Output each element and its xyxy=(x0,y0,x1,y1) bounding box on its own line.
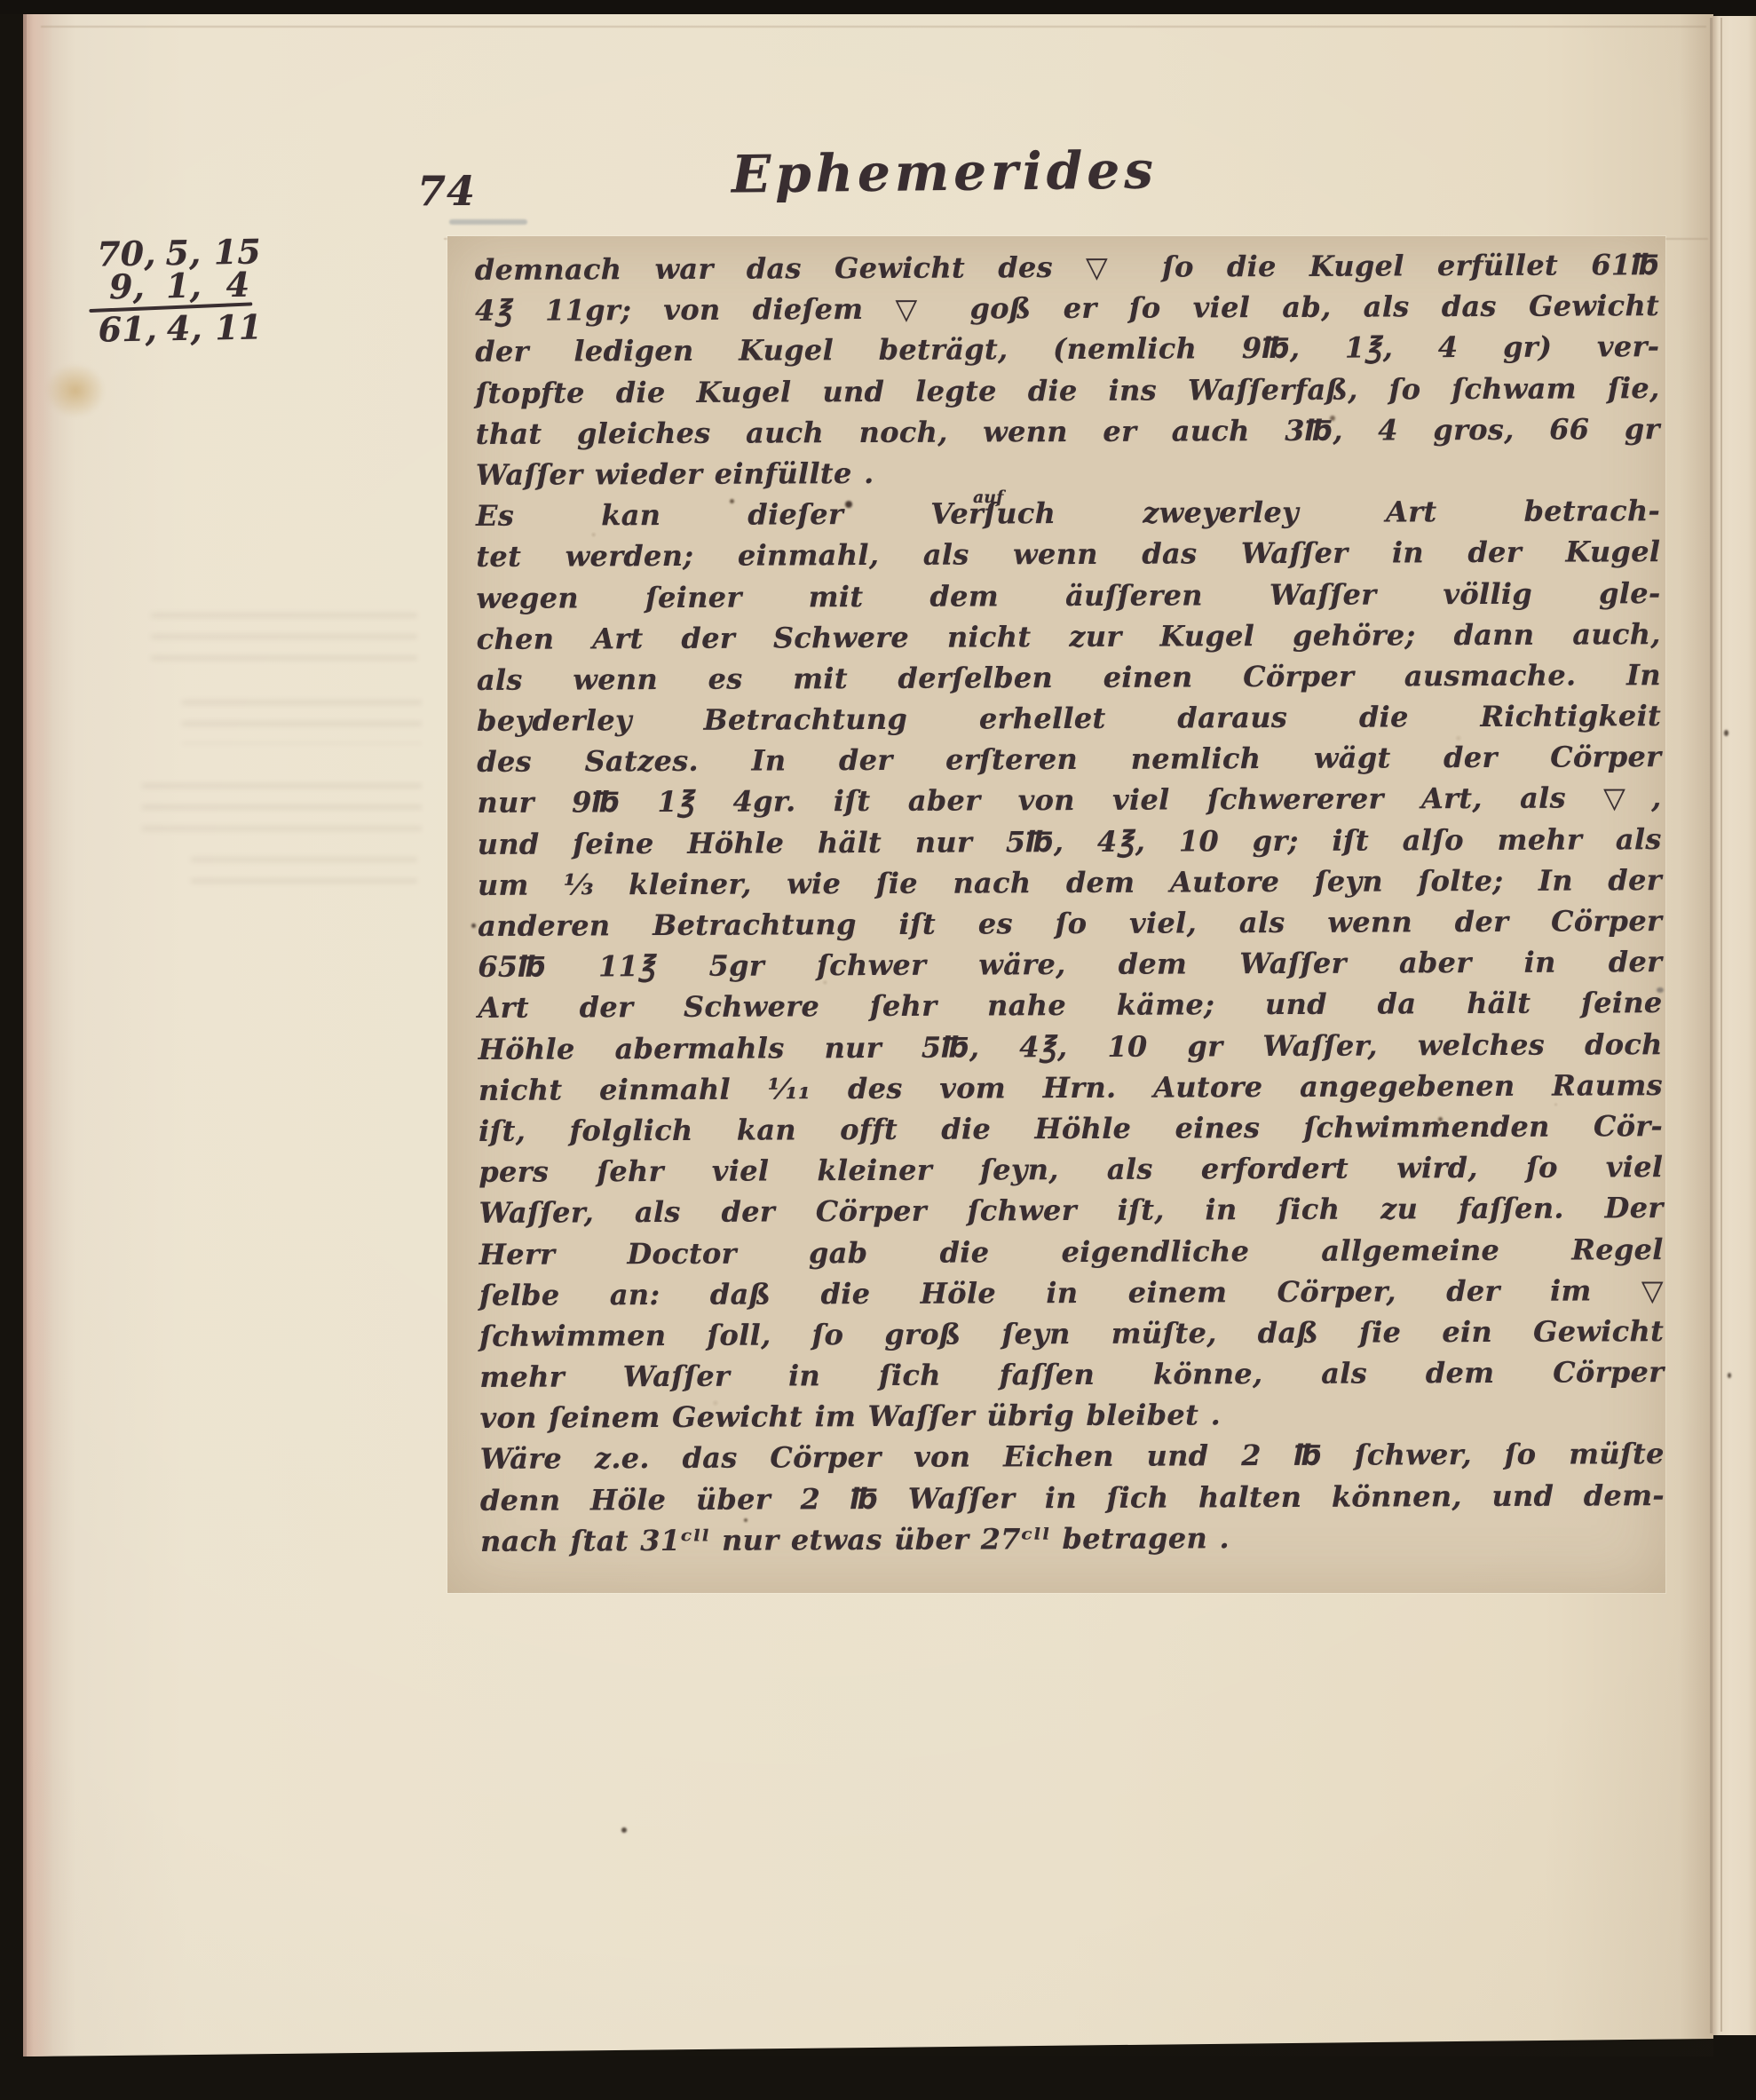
interlinear-insertion: auf xyxy=(973,487,1003,507)
ink-show-through xyxy=(142,783,422,835)
manuscript-line: Waſſer wieder einfüllte . xyxy=(476,449,1660,495)
manuscript-line: that gleiches auch noch, wenn er auch 3℔… xyxy=(476,408,1660,455)
manuscript-line: Art der Schwere ſehr nahe käme; und da h… xyxy=(478,982,1662,1028)
margin-calc-value: 4, xyxy=(158,311,210,345)
manuscript-scan: 74 Ephemerides 70, 5, 15 9, 1, 4 61, 4, … xyxy=(0,0,1756,2100)
manuscript-line: iſt, folglich kan offt die Höhle eines ſ… xyxy=(479,1105,1663,1152)
manuscript-line: nur 9℔ 1℥ 4gr. iſt aber von viel ſchwere… xyxy=(477,778,1661,824)
running-head: Ephemerides xyxy=(732,139,1158,204)
manuscript-line: um ⅓ kleiner, wie ſie nach dem Autore ſe… xyxy=(478,860,1662,906)
manuscript-line: 65℔ 11℥ 5gr ſchwer wäre, dem Waſſer aber… xyxy=(478,941,1662,987)
foxing-spot xyxy=(621,1827,627,1833)
margin-calc-value: 11 xyxy=(210,310,267,344)
paper-stain xyxy=(46,364,105,417)
margin-calculation: 70, 5, 15 9, 1, 4 61, 4, 11 xyxy=(95,234,267,345)
pencil-smudge xyxy=(449,219,527,225)
manuscript-line: Höhle abermahls nur 5℔, 4℥, 10 gr Waſſer… xyxy=(479,1024,1663,1070)
manuscript-text: demnach war das Gewicht des ▽ ſo die Kug… xyxy=(475,244,1665,1562)
margin-calc-value: 1, xyxy=(158,268,210,302)
manuscript-line: nicht einmahl ¹⁄₁₁ des vom Hrn. Autore a… xyxy=(479,1065,1663,1111)
manuscript-line: ſtopfte die Kugel und legte die ins Waſſ… xyxy=(475,368,1659,414)
manuscript-line: Wäre z.e. das Cörper von Eichen und 2 ℔ … xyxy=(480,1434,1665,1480)
manuscript-line: chen Art der Schwere nicht zur Kugel geh… xyxy=(477,614,1661,660)
manuscript-line: tet werden; einmahl, als wenn das Waſſer… xyxy=(476,531,1660,577)
manuscript-line: pers ſehr viel kleiner ſeyn, als erforde… xyxy=(479,1146,1663,1193)
edge-speck xyxy=(1728,1373,1731,1378)
margin-calc-value: 9, xyxy=(96,269,159,303)
manuscript-line: anderen Betrachtung iſt es ſo viel, als … xyxy=(478,900,1662,947)
manuscript-line: wegen ſeiner mit dem äuſſeren Waſſer völ… xyxy=(476,573,1660,619)
manuscript-line: ſelbe an: daß die Höle in einem Cörper, … xyxy=(479,1270,1664,1316)
manuscript-line: Es kan dieſer Verſuch zweyerley Art betr… xyxy=(476,490,1660,536)
manuscript-line: von ſeinem Gewicht im Waſſer übrig bleib… xyxy=(479,1392,1664,1438)
manuscript-line: denn Höle über 2 ℔ Waſſer in ſich halten… xyxy=(480,1475,1665,1521)
ink-show-through xyxy=(191,857,417,899)
underlying-page-edges xyxy=(1712,16,1756,2035)
ink-show-through xyxy=(151,613,417,664)
manuscript-line: Waſſer, als der Cörper ſchwer iſt, in ſi… xyxy=(479,1187,1663,1233)
manuscript-line: Herr Doctor gab die eigendliche allgemei… xyxy=(479,1229,1664,1275)
manuscript-line: beyderley Betrachtung erhellet daraus di… xyxy=(477,695,1661,741)
manuscript-line: des Satzes. In der erſteren nemlich wägt… xyxy=(477,736,1661,782)
manuscript-line: und ſeine Höhle hält nur 5℔, 4℥, 10 gr; … xyxy=(478,819,1662,865)
scan-top-border xyxy=(0,0,1756,14)
manuscript-line: als wenn es mit derſelben einen Cörper a… xyxy=(477,654,1661,701)
manuscript-line: mehr Waſſer in ſich faſſen könne, als de… xyxy=(479,1351,1664,1398)
foxing-spot xyxy=(471,923,476,928)
margin-calc-row: 61, 4, 11 xyxy=(96,310,267,345)
manuscript-line: ſchwimmen ſoll, ſo groß ſeyn müſte, daß … xyxy=(479,1311,1664,1357)
manuscript-line: der ledigen Kugel beträgt, (nemlich 9℔, … xyxy=(475,326,1659,372)
margin-calc-value: 70, xyxy=(95,236,158,270)
top-crease-line xyxy=(41,26,1706,28)
margin-calc-value: 15 xyxy=(209,234,266,268)
manuscript-line: demnach war das Gewicht des ▽ ſo die Kug… xyxy=(475,244,1659,290)
binding-gutter-edge xyxy=(23,14,53,2056)
margin-calc-row: 9, 1, 4 xyxy=(96,267,267,303)
page-edge-crease xyxy=(1720,18,1722,2032)
margin-calc-value: 61, xyxy=(96,312,159,345)
manuscript-line: 4℥ 11gr; von dieſem ▽ goß er ſo viel ab,… xyxy=(475,285,1659,331)
margin-calc-value: 4 xyxy=(210,267,267,301)
margin-calc-value: 5, xyxy=(157,235,210,269)
ink-show-through xyxy=(182,700,422,744)
manuscript-line: nach ſtat 31ᶜˡˡ nur etwas über 27ᶜˡˡ bet… xyxy=(480,1516,1665,1562)
edge-speck xyxy=(1724,730,1728,736)
page-number: 74 xyxy=(417,167,476,215)
